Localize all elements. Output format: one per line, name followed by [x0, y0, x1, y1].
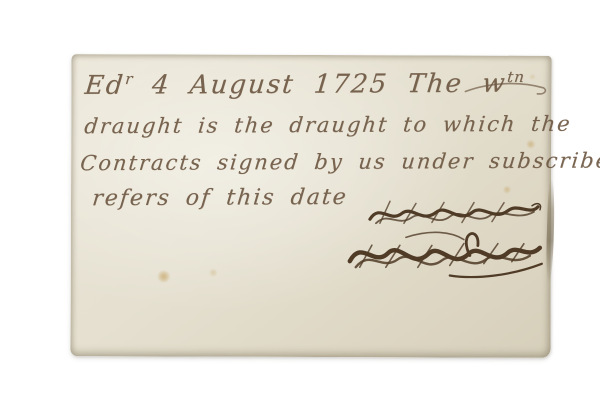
signature-2-scored: [350, 232, 542, 277]
manuscript-paper: Edr 4 August 1725 The wtn draught is the…: [70, 54, 551, 358]
manuscript-line-1: Edr 4 August 1725 The wtn: [83, 68, 526, 101]
date-text: 4 August 1725: [131, 69, 409, 100]
foxing-stain: [503, 186, 511, 194]
scored-signatures: [346, 197, 546, 282]
foxing-stain: [209, 269, 218, 277]
document-photo: Edr 4 August 1725 The wtn draught is the…: [0, 0, 600, 400]
foxing-stain: [157, 270, 171, 282]
torn-paper-edge: [545, 178, 555, 283]
foxing-stain: [526, 140, 535, 149]
manuscript-line-4: refers of this date: [91, 185, 349, 211]
manuscript-line-3: Contracts signed by us under subscribers: [79, 148, 600, 175]
manuscript-line-2: draught is the draught to which the: [83, 112, 573, 139]
signature-1-scored: [370, 201, 541, 224]
place-abbreviation: Ed: [83, 71, 126, 101]
pen-flourish: [463, 80, 549, 100]
